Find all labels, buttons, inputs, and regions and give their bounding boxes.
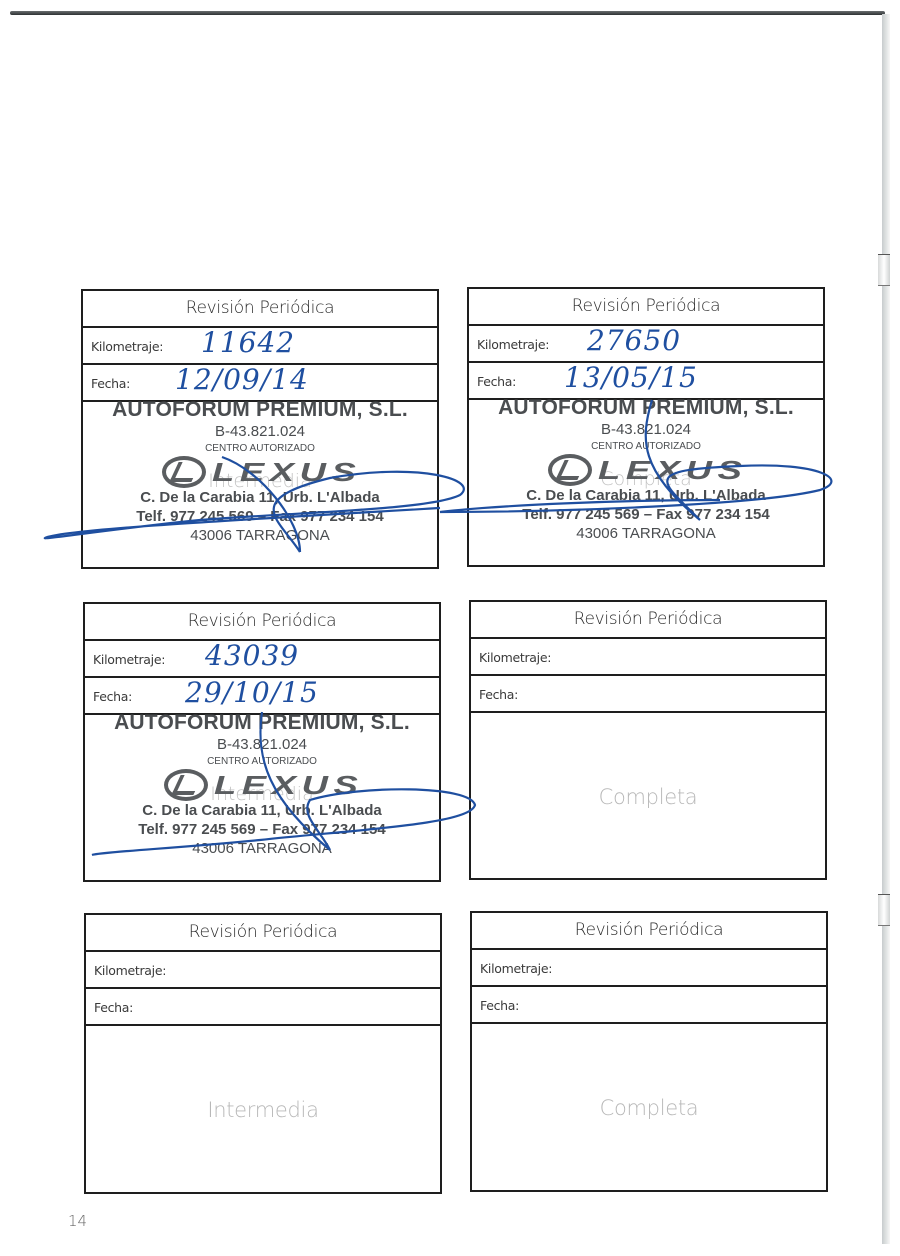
card-header: Revisión Periódica xyxy=(469,289,823,326)
stamp-phone: Telf. 977 245 569 – Fax 977 234 154 xyxy=(83,507,437,526)
card-body: Intermedia AUTOFORUM PREMIUM, S.L. B-43.… xyxy=(85,715,439,880)
stamp-company: AUTOFORUM PREMIUM, S.L. xyxy=(85,711,439,735)
page-number: 14 xyxy=(68,1212,87,1230)
fecha-label: Fecha: xyxy=(479,687,518,702)
stamp-cif: B-43.821.024 xyxy=(85,735,439,755)
fecha-label: Fecha: xyxy=(94,1000,133,1015)
card-title: Revisión Periódica xyxy=(86,922,440,942)
service-type-label: Completa xyxy=(471,785,825,809)
card-title: Revisión Periódica xyxy=(471,609,825,629)
fecha-label: Fecha: xyxy=(93,689,132,704)
fecha-row[interactable]: Fecha: 13/05/15 xyxy=(469,363,823,400)
stamp-cif: B-43.821.024 xyxy=(83,422,437,442)
kilometraje-row[interactable]: Kilometraje: xyxy=(471,639,825,676)
kilometraje-label: Kilometraje: xyxy=(480,961,552,976)
stamp-company: AUTOFORUM PREMIUM, S.L. xyxy=(83,398,437,422)
stamp-company: AUTOFORUM PREMIUM, S.L. xyxy=(469,396,823,420)
lexus-wordmark: LEXUS xyxy=(598,455,747,486)
kilometraje-row[interactable]: Kilometraje: xyxy=(472,950,826,987)
service-type-label: Intermedia xyxy=(86,1098,440,1122)
dealer-stamp: Intermedia AUTOFORUM PREMIUM, S.L. B-43.… xyxy=(83,398,437,545)
fecha-row[interactable]: Fecha: xyxy=(472,987,826,1024)
page-binding-edge xyxy=(882,14,890,1244)
stamp-phone: Telf. 977 245 569 – Fax 977 234 154 xyxy=(85,820,439,839)
fecha-row[interactable]: Fecha: 12/09/14 xyxy=(83,365,437,402)
kilometraje-row[interactable]: Kilometraje: 11642 xyxy=(83,328,437,365)
stamp-phone: Telf. 977 245 569 – Fax 977 234 154 xyxy=(469,505,823,524)
lexus-logo-icon: LEXUS xyxy=(85,769,439,801)
fecha-value: 12/09/14 xyxy=(175,363,309,396)
kilometraje-row[interactable]: Kilometraje: 43039 xyxy=(85,641,439,678)
lexus-wordmark: LEXUS xyxy=(214,770,363,801)
card-body: Completa AUTOFORUM PREMIUM, S.L. B-43.82… xyxy=(469,400,823,565)
stamp-centro: CENTRO AUTORIZADO xyxy=(83,442,437,456)
card-title: Revisión Periódica xyxy=(85,611,439,631)
card-title: Revisión Periódica xyxy=(83,298,437,318)
service-card-5: Revisión Periódica Kilometraje: Fecha: I… xyxy=(84,913,442,1194)
stamp-city: 43006 TARRAGONA xyxy=(469,524,823,543)
card-body: Completa xyxy=(471,713,825,878)
stamp-centro: CENTRO AUTORIZADO xyxy=(469,440,823,454)
kilometraje-row[interactable]: Kilometraje: xyxy=(86,952,440,989)
lexus-emblem-icon xyxy=(164,769,208,801)
service-type-label: Completa xyxy=(472,1096,826,1120)
kilometraje-label: Kilometraje: xyxy=(479,650,551,665)
card-header: Revisión Periódica xyxy=(472,913,826,950)
service-card-2: Revisión Periódica Kilometraje: 27650 Fe… xyxy=(467,287,825,567)
stamp-city: 43006 TARRAGONA xyxy=(83,526,437,545)
dealer-stamp: Intermedia AUTOFORUM PREMIUM, S.L. B-43.… xyxy=(85,711,439,858)
dealer-stamp: Completa AUTOFORUM PREMIUM, S.L. B-43.82… xyxy=(469,396,823,543)
card-header: Revisión Periódica xyxy=(85,604,439,641)
card-title: Revisión Periódica xyxy=(472,920,826,940)
fecha-row[interactable]: Fecha: xyxy=(86,989,440,1026)
stamp-city: 43006 TARRAGONA xyxy=(85,839,439,858)
card-header: Revisión Periódica xyxy=(83,291,437,328)
lexus-emblem-icon xyxy=(162,456,206,488)
fecha-value: 13/05/15 xyxy=(564,361,698,394)
fecha-label: Fecha: xyxy=(480,998,519,1013)
card-body: Intermedia AUTOFORUM PREMIUM, S.L. B-43.… xyxy=(83,402,437,567)
kilometraje-label: Kilometraje: xyxy=(94,963,166,978)
stamp-centro: CENTRO AUTORIZADO xyxy=(85,755,439,769)
kilometraje-label: Kilometraje: xyxy=(477,337,549,352)
fecha-row[interactable]: Fecha: xyxy=(471,676,825,713)
service-card-3: Revisión Periódica Kilometraje: 43039 Fe… xyxy=(83,602,441,882)
stamp-cif: B-43.821.024 xyxy=(469,420,823,440)
card-body: Completa xyxy=(472,1024,826,1190)
card-body: Intermedia xyxy=(86,1026,440,1192)
kilometraje-row[interactable]: Kilometraje: 27650 xyxy=(469,326,823,363)
service-card-4: Revisión Periódica Kilometraje: Fecha: C… xyxy=(469,600,827,880)
kilometraje-value: 43039 xyxy=(205,639,299,672)
lexus-emblem-icon xyxy=(548,454,592,486)
page-top-edge xyxy=(10,11,885,15)
lexus-logo-icon: LEXUS xyxy=(83,456,437,488)
service-card-6: Revisión Periódica Kilometraje: Fecha: C… xyxy=(470,911,828,1192)
card-header: Revisión Periódica xyxy=(86,915,440,952)
lexus-logo-icon: LEXUS xyxy=(469,454,823,486)
card-header: Revisión Periódica xyxy=(471,602,825,639)
fecha-value: 29/10/15 xyxy=(185,676,319,709)
kilometraje-label: Kilometraje: xyxy=(93,652,165,667)
kilometraje-label: Kilometraje: xyxy=(91,339,163,354)
fecha-label: Fecha: xyxy=(477,374,516,389)
kilometraje-value: 27650 xyxy=(587,324,681,357)
fecha-label: Fecha: xyxy=(91,376,130,391)
kilometraje-value: 11642 xyxy=(201,326,295,359)
service-card-1: Revisión Periódica Kilometraje: 11642 Fe… xyxy=(81,289,439,569)
staple xyxy=(878,254,890,286)
staple xyxy=(878,894,890,926)
card-title: Revisión Periódica xyxy=(469,296,823,316)
fecha-row[interactable]: Fecha: 29/10/15 xyxy=(85,678,439,715)
lexus-wordmark: LEXUS xyxy=(212,457,361,488)
